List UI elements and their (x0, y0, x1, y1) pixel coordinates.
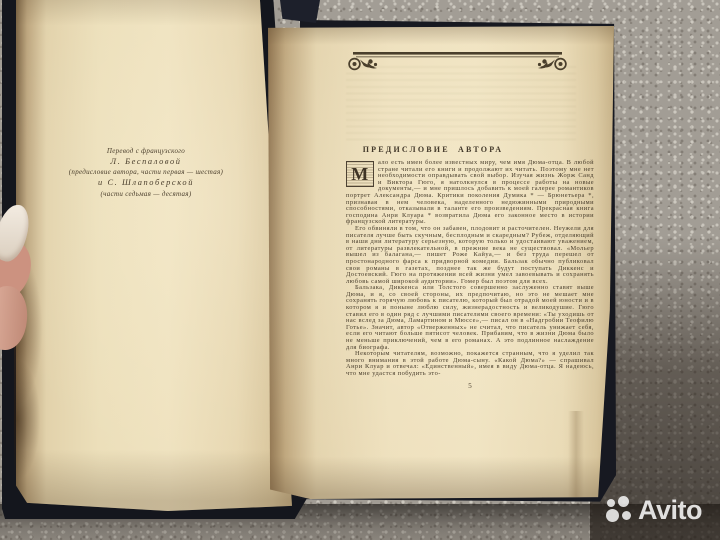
show-through-text (346, 66, 576, 144)
drop-cap-initial: М (346, 161, 374, 187)
avito-logo-icon (606, 496, 634, 524)
paragraph: ало есть имен более известных миру, чем … (346, 160, 594, 226)
avito-watermark: Avito (606, 496, 702, 524)
page-number: 5 (346, 383, 594, 390)
paragraph: Бальзака, Диккенса или Толстого совершен… (346, 285, 594, 351)
chapter-heading: ПРЕДИСЛОВИЕ АВТОРА (268, 145, 598, 154)
translator-name: и С. Шлапоберской (16, 178, 276, 189)
photo-open-book: Перевод с французского Л. Беспаловой (пр… (0, 0, 720, 540)
credit-line: (части седьмая — десятая) (16, 189, 276, 200)
headpiece-ornament-icon (347, 50, 568, 74)
translator-name: Л. Беспаловой (16, 157, 276, 168)
translator-credit-block: Перевод с французского Л. Беспаловой (пр… (16, 146, 276, 200)
right-page: ПРЕДИСЛОВИЕ АВТОРА М ало есть имен более… (268, 26, 614, 499)
credit-line: (предисловие автора, части первая — шест… (16, 167, 276, 178)
credit-line: Перевод с французского (16, 146, 276, 157)
paragraph: Некоторым читателям, возможно, покажется… (346, 351, 594, 377)
paragraph: Его обвиняли в том, что он забавен, плод… (346, 226, 594, 285)
page-crease (568, 411, 584, 499)
avito-wordmark: Avito (638, 496, 702, 524)
preface-body-text: М ало есть имен более известных миру, че… (346, 160, 594, 389)
